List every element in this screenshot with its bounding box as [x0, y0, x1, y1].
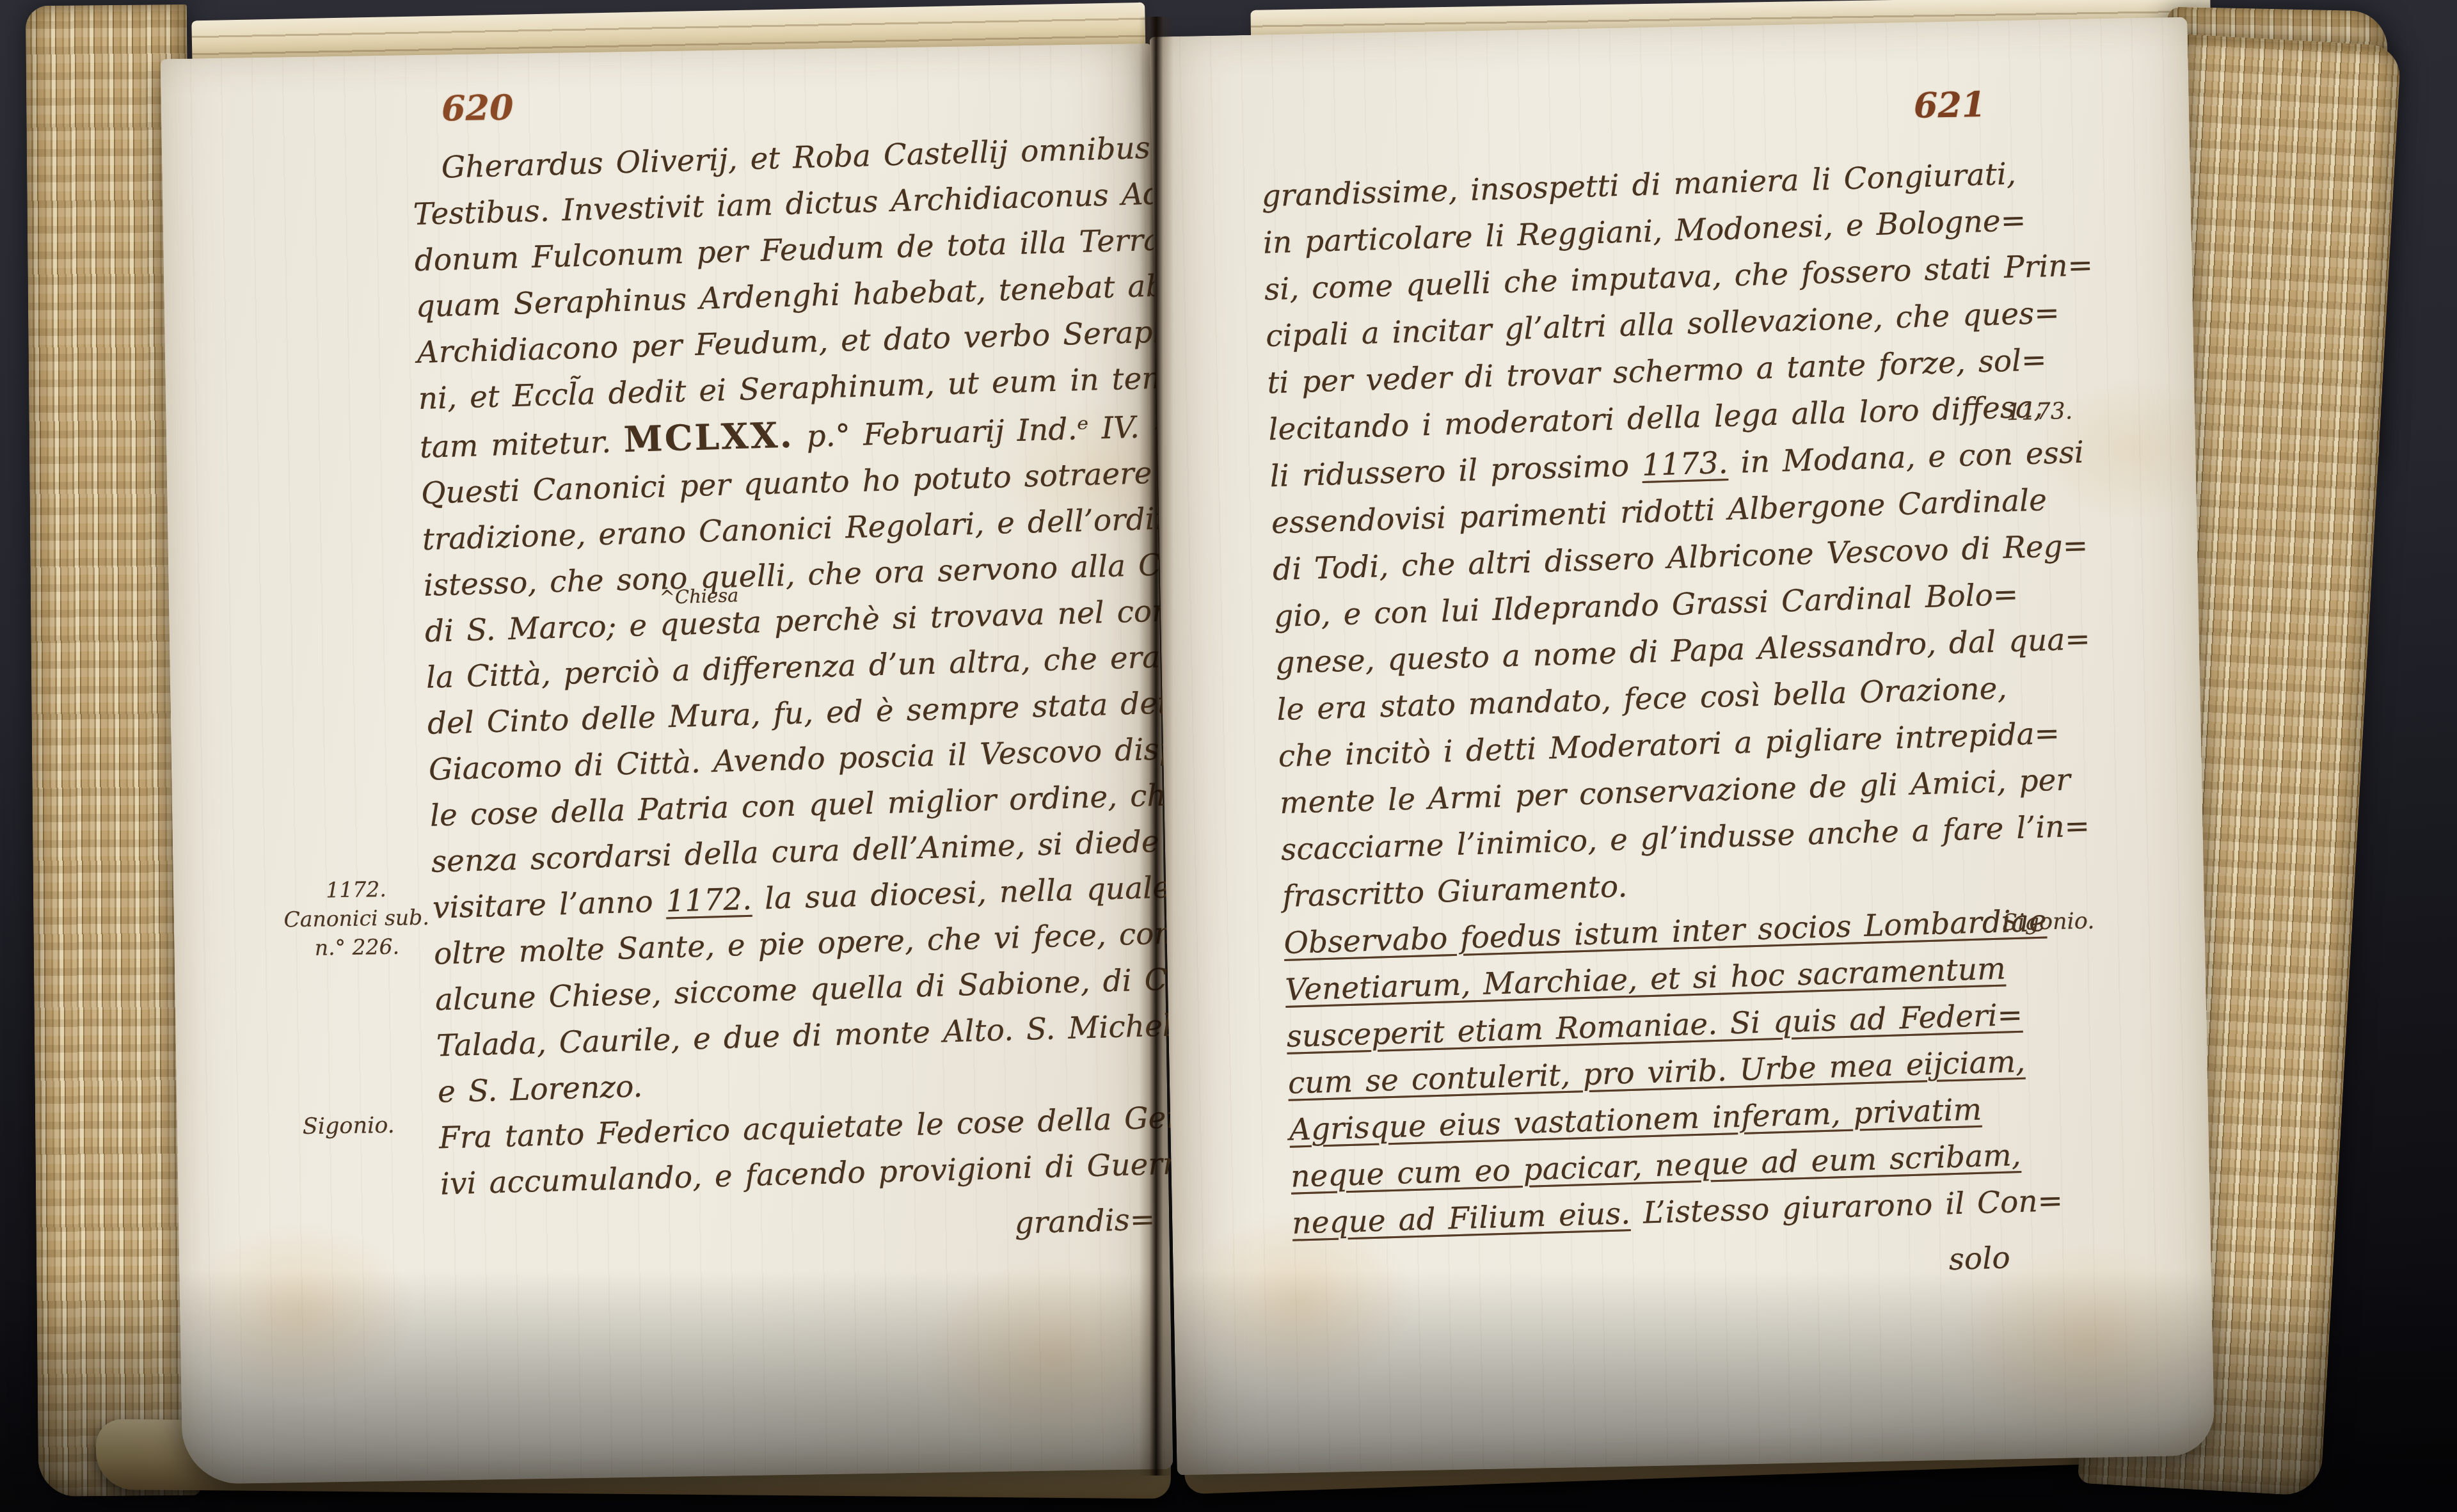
- roman-date: MCLXX.: [623, 414, 795, 460]
- left-page: 620 Gherardus Oliverij, et Roba Castelli…: [161, 44, 1173, 1484]
- line-segment: li ridussero il prossimo: [1269, 448, 1642, 494]
- catchword-left: grandis=: [441, 1195, 1201, 1262]
- line-segment: tam mitetur.: [419, 424, 624, 465]
- underlined-year: 1172.: [665, 882, 752, 919]
- margin-note-line: Canonici sub.: [281, 903, 432, 934]
- underlined-segment: neque ad Filium eius.: [1292, 1196, 1631, 1241]
- margin-note-sigonio-left: Sigonio.: [302, 1111, 395, 1142]
- underlined-year: 1173.: [1641, 445, 1728, 483]
- margin-note-year-right: 1173.: [2007, 397, 2073, 427]
- right-page: 621 grandissime, insospetti di maniera l…: [1150, 17, 2215, 1476]
- line-segment: visitare l’anno: [432, 884, 666, 926]
- margin-year: 1172.: [281, 874, 432, 905]
- interlinear-insertion: ^Chiesa: [659, 572, 740, 620]
- caret-mark: ^: [659, 586, 675, 609]
- margin-note-canonici: 1172. Canonici sub. n.° 226.: [281, 874, 433, 963]
- margin-note-sigonio-right: Sigonio.: [2002, 907, 2095, 938]
- inserted-word: Chiesa: [674, 584, 738, 608]
- line-segment: la sua diocesi, nella quale: [751, 870, 1170, 916]
- left-page-text-block: Gherardus Oliverij, et Roba Castellij om…: [411, 125, 1200, 1262]
- book-gutter: [1139, 17, 1173, 1476]
- line-segment: in Modana, e con essi: [1728, 435, 2085, 481]
- line-segment: L’istesso giurarono il Con=: [1630, 1183, 2063, 1231]
- right-page-text-block: grandissime, insospetti di maniera li Co…: [1261, 148, 2129, 1303]
- manuscript-photo: 620 Gherardus Oliverij, et Roba Castelli…: [0, 0, 2457, 1512]
- margin-note-line: n.° 226.: [282, 932, 433, 963]
- page-number-right: 621: [1913, 84, 1986, 126]
- page-number-left: 620: [441, 87, 514, 129]
- line-segment: p.° Februarij Ind.ᵉ IV. ~: [793, 409, 1178, 455]
